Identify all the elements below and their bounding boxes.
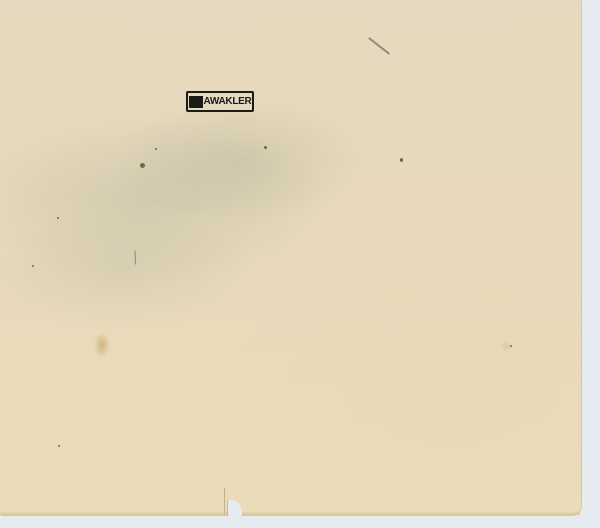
- stamp-text: AWAKLER: [204, 96, 252, 107]
- paper-tear: [224, 488, 225, 514]
- foxing-speck: [140, 163, 145, 168]
- water-stain: [94, 332, 110, 358]
- foxing-speck: [400, 158, 403, 162]
- foxing-speck: [155, 148, 157, 150]
- foxing-speck: [264, 146, 267, 149]
- stamp-ink-blot: [189, 96, 203, 108]
- scratch-mark: [369, 37, 390, 54]
- foxing-speck: [57, 217, 59, 219]
- foxing-speck: [32, 265, 34, 267]
- ink-stamp: AWAKLER: [186, 91, 254, 112]
- water-stain: [500, 340, 512, 352]
- fiber-mark: [135, 250, 136, 264]
- foxing-speck: [58, 445, 60, 447]
- paper-sheet: AWAKLER: [0, 0, 581, 515]
